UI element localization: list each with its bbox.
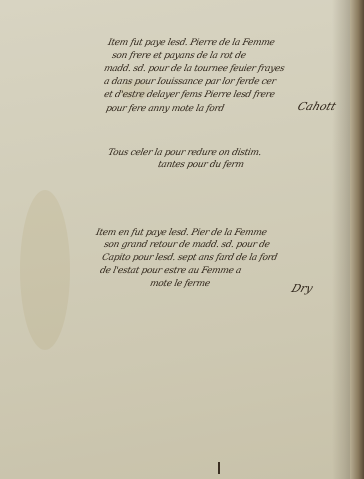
water-stain [20,190,70,350]
entry-line: et d'estre delayer fems Pierre lesd frer… [103,90,276,100]
entry-line: son frere et payans de la rot de [111,51,247,61]
entry-line: mote le ferme [149,279,211,289]
manuscript-page: Item fut paye lesd. Pierre de la Femme s… [0,0,353,479]
entry-line: tantes pour du ferm [157,160,245,170]
entry-line: madd. sd. pour de la tournee feuier fray… [103,64,285,74]
entry-line: Item en fut paye lesd. Pier de la Femme [95,228,268,238]
entry-line: Tous celer la pour redure on distim. [107,148,262,158]
entry-line: a dans pour Iouissance par lor ferde cer [103,77,277,87]
footer-mark [218,462,226,474]
page-edge [350,0,364,479]
entry-line: Item fut paye lesd. Pierre de la Femme [107,38,276,48]
signature: Dry [290,282,315,295]
page-fold [332,0,352,479]
entry-line: pour fere anny mote la ford [105,104,225,114]
entry-line: Capito pour lesd. sept ans fard de la fo… [101,253,278,263]
entry-line: de l'estat pour estre au Femme a [99,266,242,276]
entry-line: son grand retour de madd. sd. pour de [103,240,271,250]
